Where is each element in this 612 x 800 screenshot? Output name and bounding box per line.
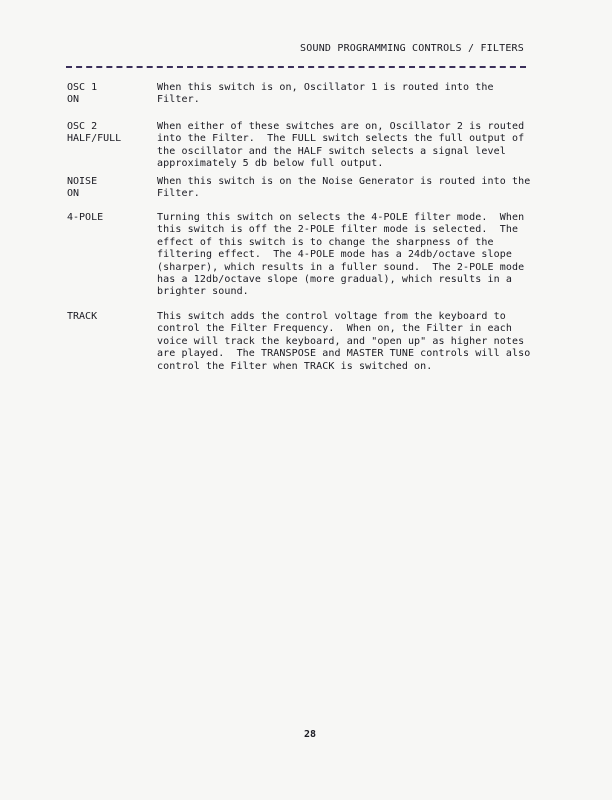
page-number: 28 (300, 729, 320, 740)
description-line: into the Filter. The FULL switch selects… (157, 133, 537, 145)
description-line: effect of this switch is to change the s… (157, 237, 537, 249)
control-label: OSC 1 ON (67, 82, 97, 106)
description-line: the oscillator and the HALF switch selec… (157, 146, 537, 158)
control-description: This switch adds the control voltage fro… (157, 311, 537, 373)
description-line: When this switch is on the Noise Generat… (157, 176, 537, 188)
control-label: 4-POLE (67, 212, 103, 224)
description-line: voice will track the keyboard, and "open… (157, 336, 537, 348)
description-line: This switch adds the control voltage fro… (157, 311, 537, 323)
description-line: Filter. (157, 94, 537, 106)
header-divider (66, 66, 526, 68)
description-line: (sharper), which results in a fuller sou… (157, 262, 537, 274)
control-label: NOISE ON (67, 176, 97, 200)
description-line: Filter. (157, 188, 537, 200)
description-line: control the Filter when TRACK is switche… (157, 361, 537, 373)
control-description: When this switch is on the Noise Generat… (157, 176, 537, 201)
section-header: SOUND PROGRAMMING CONTROLS / FILTERS (300, 43, 524, 54)
description-line: filtering effect. The 4-POLE mode has a … (157, 249, 537, 261)
control-description: When this switch is on, Oscillator 1 is … (157, 82, 537, 107)
control-label: TRACK (67, 311, 97, 323)
description-line: this switch is off the 2-POLE filter mod… (157, 224, 537, 236)
description-line: are played. The TRANSPOSE and MASTER TUN… (157, 348, 537, 360)
description-line: brighter sound. (157, 286, 537, 298)
description-line: approximately 5 db below full output. (157, 158, 537, 170)
control-description: When either of these switches are on, Os… (157, 121, 537, 171)
control-description: Turning this switch on selects the 4-POL… (157, 212, 537, 299)
control-label: OSC 2 HALF/FULL (67, 121, 121, 145)
description-line: control the Filter Frequency. When on, t… (157, 323, 537, 335)
document-page: SOUND PROGRAMMING CONTROLS / FILTERS OSC… (0, 0, 612, 800)
description-line: Turning this switch on selects the 4-POL… (157, 212, 537, 224)
description-line: When either of these switches are on, Os… (157, 121, 537, 133)
description-line: When this switch is on, Oscillator 1 is … (157, 82, 537, 94)
description-line: has a 12db/octave slope (more gradual), … (157, 274, 537, 286)
